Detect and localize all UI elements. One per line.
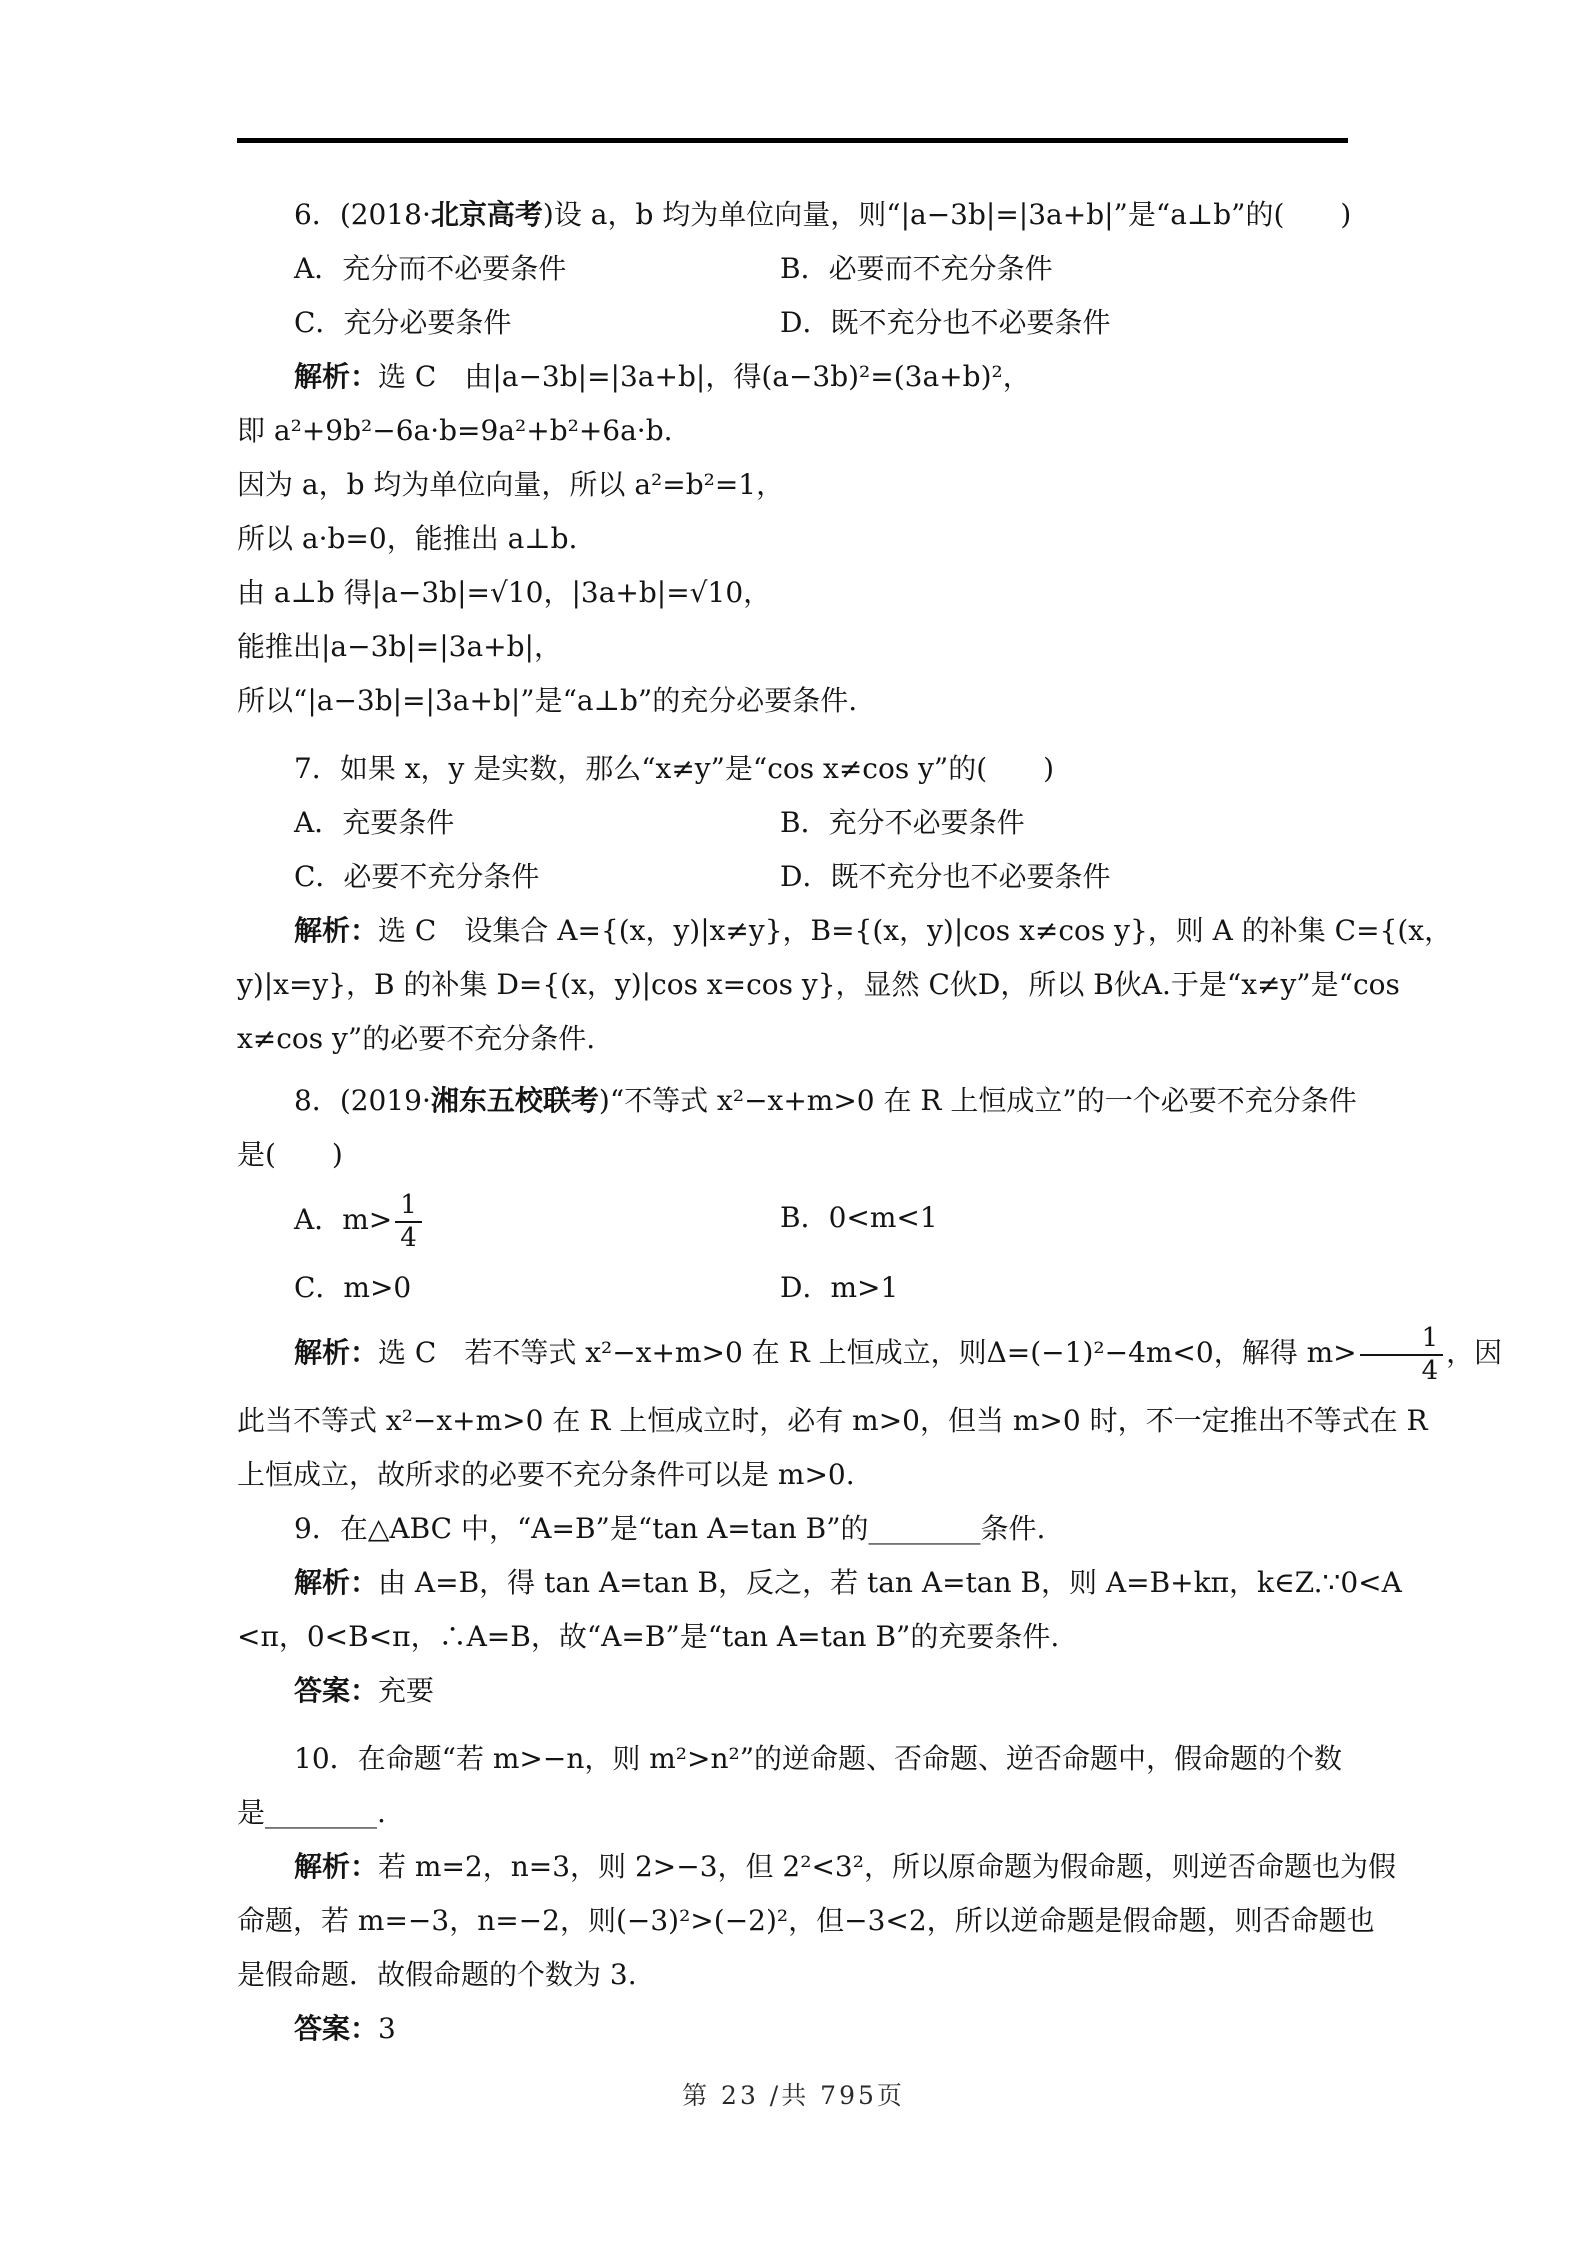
q8-source-tag: 湘东五校联考 [431,1084,599,1117]
q10-solution-line-2: 命题，若 m=−3，n=−2，则(−3)²>(−2)²，但−3<2，所以逆命题是… [237,1894,1350,1948]
q8-number-prefix: 8．(2019· [294,1084,431,1117]
q7-options-row-1: A．充要条件 B．充分不必要条件 [237,796,1350,850]
q6-source-tag: 北京高考 [431,198,543,231]
question-9-stem: 9．在△ABC 中，“A=B”是“tan A=tan B”的________条件… [237,1502,1350,1556]
q6-solution-line-7: 所以“|a−3b|=|3a+b|”是“a⊥b”的充分必要条件. [237,674,1350,728]
q7-option-d: D．既不充分也不必要条件 [780,850,1110,904]
q6-options-row-1: A．充分而不必要条件 B．必要而不充分条件 [237,242,1350,296]
q7-option-a: A．充要条件 [294,796,780,850]
analysis-label: 解析： [294,914,378,947]
q8-option-b: B．0<m<1 [780,1191,938,1252]
question-7-stem: 7．如果 x，y 是实数，那么“x≠y”是“cos x≠cos y”的( ) [237,742,1350,796]
q7-options-row-2: C．必要不充分条件 D．既不充分也不必要条件 [237,850,1350,904]
fraction-numerator: 1 [395,1191,422,1223]
q6-solution-line-3: 因为 a，b 均为单位向量，所以 a²=b²=1， [237,458,1350,512]
q10-solution-line-3: 是假命题．故假命题的个数为 3. [237,1948,1350,2002]
q8-stem-text: )“不等式 x²−x+m>0 在 R 上恒成立”的一个必要不充分条件 [599,1084,1357,1117]
fraction-one-fourth: 14 [395,1191,422,1252]
q7-solution-line-2: y)|x=y}，B 的补集 D={(x，y)|cos x=cos y}，显然 C… [237,958,1350,1012]
q7-option-c: C．必要不充分条件 [294,850,780,904]
q10-solution-line-1: 解析：若 m=2，n=3，则 2>−3，但 2²<3²，所以原命题为假命题，则逆… [237,1840,1350,1894]
q8-options-row-2: C．m>0 D．m>1 [237,1261,1350,1315]
q10-solution-text-1: 若 m=2，n=3，则 2>−3，但 2²<3²，所以原命题为假命题，则逆否命题… [378,1850,1396,1883]
page-number-footer: 第 23 /共 795页 [0,2078,1587,2114]
q9-answer-value: 充要 [378,1674,434,1707]
q9-solution-text-1: 由 A=B，得 tan A=tan B，反之，若 tan A=tan B，则 A… [378,1566,1402,1599]
q6-option-b: B．必要而不充分条件 [780,242,1053,296]
q6-option-d: D．既不充分也不必要条件 [780,296,1110,350]
question-6-stem: 6．(2018·北京高考)设 a，b 均为单位向量，则“|a−3b|=|3a+b… [237,188,1350,242]
q9-answer-line: 答案：充要 [237,1664,1350,1718]
content-area: 6．(2018·北京高考)设 a，b 均为单位向量，则“|a−3b|=|3a+b… [237,188,1350,2056]
q6-solution-line-6: 能推出|a−3b|=|3a+b|， [237,620,1350,674]
q8-options-row-1: A．m>14 B．0<m<1 [237,1191,1350,1252]
question-8-stem-line-1: 8．(2019·湘东五校联考)“不等式 x²−x+m>0 在 R 上恒成立”的一… [237,1074,1350,1128]
q8-option-a-text: A．m> [294,1203,392,1236]
q7-solution-line-3: x≠cos y”的必要不充分条件. [237,1012,1350,1066]
q8-solution-text-1-tail: ，因 [1446,1336,1502,1369]
q6-option-c: C．充分必要条件 [294,296,780,350]
q8-option-a: A．m>14 [294,1191,780,1252]
q8-solution-text-1: 选 C 若不等式 x²−x+m>0 在 R 上恒成立，则Δ=(−1)²−4m<0… [378,1336,1357,1369]
q8-solution-line-2: 此当不等式 x²−x+m>0 在 R 上恒成立时，必有 m>0，但当 m>0 时… [237,1394,1350,1448]
answer-label: 答案： [294,1674,378,1707]
analysis-label: 解析： [294,1566,378,1599]
fraction-numerator: 1 [1360,1324,1444,1356]
q7-solution-line-1: 解析：选 C 设集合 A={(x，y)|x≠y}，B={(x，y)|cos x≠… [237,904,1350,958]
question-10-stem-line-1: 10．在命题“若 m>−n，则 m²>n²”的逆命题、否命题、逆否命题中，假命题… [237,1732,1350,1786]
q7-solution-text-1: 选 C 设集合 A={(x，y)|x≠y}，B={(x，y)|cos x≠cos… [378,914,1452,947]
header-rule [237,138,1348,143]
q6-solution-text-1: 选 C 由|a−3b|=|3a+b|，得(a−3b)²=(3a+b)²， [378,360,1031,393]
analysis-label: 解析： [294,360,378,393]
question-10-stem-line-2: 是________. [237,1786,1350,1840]
q6-option-a: A．充分而不必要条件 [294,242,780,296]
q7-option-b: B．充分不必要条件 [780,796,1025,850]
q8-solution-line-3: 上恒成立，故所求的必要不充分条件可以是 m>0. [237,1448,1350,1502]
question-8-stem-line-2: 是( ) [237,1128,1350,1182]
q6-solution-line-2: 即 a²+9b²−6a·b=9a²+b²+6a·b. [237,404,1350,458]
analysis-label: 解析： [294,1850,378,1883]
q6-solution-line-1: 解析：选 C 由|a−3b|=|3a+b|，得(a−3b)²=(3a+b)²， [237,350,1350,404]
fraction-one-fourth: 14 [1360,1324,1444,1385]
q6-solution-line-4: 所以 a·b=0，能推出 a⊥b. [237,512,1350,566]
q9-solution-line-1: 解析：由 A=B，得 tan A=tan B，反之，若 tan A=tan B，… [237,1556,1350,1610]
document-page: 6．(2018·北京高考)设 a，b 均为单位向量，则“|a−3b|=|3a+b… [0,0,1587,2245]
q10-answer-value: 3 [378,2012,396,2045]
fraction-denominator: 4 [1360,1356,1444,1386]
q8-option-c: C．m>0 [294,1261,780,1315]
q8-option-d: D．m>1 [780,1261,898,1315]
q6-stem-text: )设 a，b 均为单位向量，则“|a−3b|=|3a+b|”是“a⊥b”的( ) [543,198,1351,231]
q9-solution-line-2: <π，0<B<π，∴A=B，故“A=B”是“tan A=tan B”的充要条件. [237,1610,1350,1664]
q6-number-prefix: 6．(2018· [294,198,431,231]
q6-options-row-2: C．充分必要条件 D．既不充分也不必要条件 [237,296,1350,350]
analysis-label: 解析： [294,1336,378,1369]
q10-answer-line: 答案：3 [237,2002,1350,2056]
answer-label: 答案： [294,2012,378,2045]
q6-solution-line-5: 由 a⊥b 得|a−3b|=√10，|3a+b|=√10， [237,566,1350,620]
q8-solution-line-1: 解析：选 C 若不等式 x²−x+m>0 在 R 上恒成立，则Δ=(−1)²−4… [237,1324,1350,1385]
fraction-denominator: 4 [395,1223,422,1253]
